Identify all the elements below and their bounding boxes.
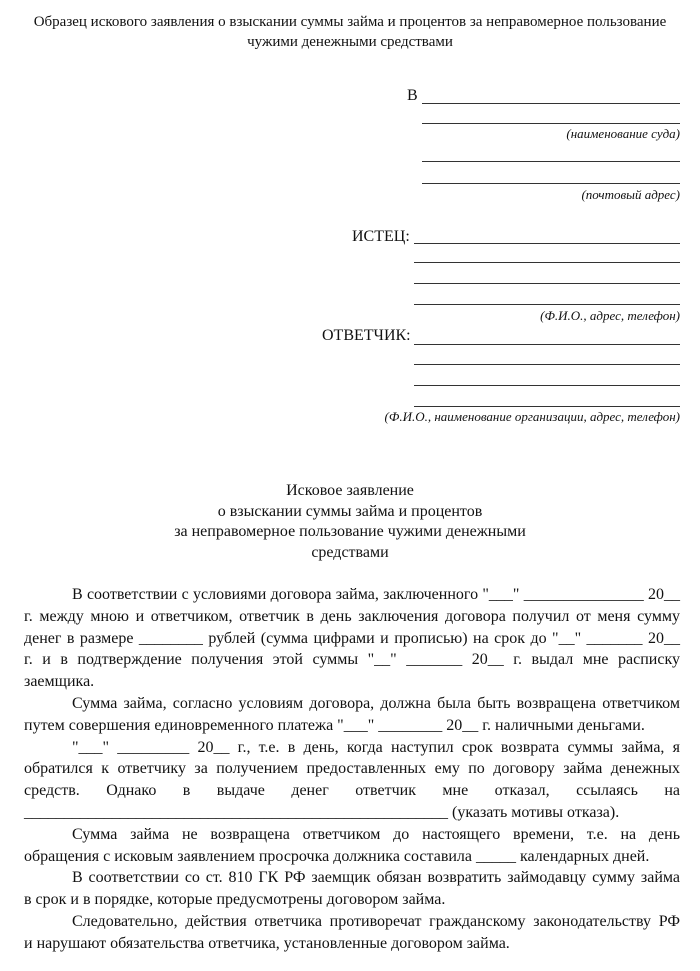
plaintiff-label: ИСТЕЦ: — [352, 228, 410, 246]
court-address-caption: (почтовый адрес) — [581, 187, 680, 203]
paragraph-conclusion: Следовательно, действия ответчика против… — [24, 911, 680, 955]
claim-heading-line: о взыскании суммы займа и процентов — [0, 502, 700, 523]
claim-heading: Исковое заявление о взыскании суммы займ… — [0, 481, 700, 563]
text-line: ________________________________________… — [0, 802, 680, 824]
claim-heading-line: средствами — [0, 543, 700, 564]
text-line: Сумма займа не возвращена ответчиком до … — [24, 824, 680, 846]
paragraph-overdue: Сумма займа не возвращена ответчиком до … — [24, 824, 680, 868]
claim-heading-line: Исковое заявление — [0, 481, 700, 502]
paragraph-article-810: В соответствии со ст. 810 ГК РФ заемщик … — [24, 867, 680, 911]
text-line: средств. Однако в выдаче денег ответчик … — [0, 780, 680, 802]
text-line: В соответствии со ст. 810 ГК РФ заемщик … — [24, 867, 680, 889]
plaintiff-line-3[interactable] — [414, 283, 680, 284]
plaintiff-line-4[interactable] — [414, 304, 680, 305]
text-line: Сумма займа, согласно условиям договора,… — [24, 693, 680, 715]
text-line: и нарушают обязательства ответчика, уста… — [0, 933, 680, 955]
claim-body: В соответствии с условиями договора займ… — [24, 584, 680, 955]
text-line: В соответствии с условиями договора займ… — [24, 584, 680, 606]
text-line: заемщика. — [0, 671, 680, 693]
plaintiff-line-2[interactable] — [414, 262, 680, 263]
defendant-line-2[interactable] — [414, 364, 680, 365]
text-line: г. между мною и ответчиком, ответчик в д… — [0, 606, 680, 628]
text-line: г. и в подтверждение получения этой сумм… — [0, 649, 680, 671]
text-line: "___" _________ 20__ г., т.е. в день, ко… — [24, 737, 680, 759]
court-prefix: В — [407, 87, 418, 105]
paragraph-refusal: "___" _________ 20__ г., т.е. в день, ко… — [24, 737, 680, 824]
claim-heading-line: за неправомерное пользование чужими дене… — [0, 522, 700, 543]
defendant-line-4[interactable] — [414, 406, 680, 407]
paragraph-repayment: Сумма займа, согласно условиям договора,… — [24, 693, 680, 737]
court-name-line-1[interactable] — [422, 103, 680, 104]
sample-title-line-1: Образец искового заявления о взыскании с… — [0, 12, 700, 32]
sample-title-line-2: чужими денежными средствами — [0, 32, 700, 52]
text-line: путем совершения единовременного платежа… — [0, 715, 680, 737]
court-name-caption: (наименование суда) — [566, 126, 680, 142]
court-address-line-2[interactable] — [422, 183, 680, 184]
court-name-line-2[interactable] — [422, 123, 680, 124]
text-line: в срок и в порядке, которые предусмотрен… — [0, 889, 680, 911]
text-line: Следовательно, действия ответчика против… — [24, 911, 680, 933]
court-address-line-1[interactable] — [422, 161, 680, 162]
paragraph-loan-terms: В соответствии с условиями договора займ… — [24, 584, 680, 693]
defendant-caption: (Ф.И.О., наименование организации, адрес… — [385, 409, 680, 425]
plaintiff-line-1[interactable] — [414, 243, 680, 244]
plaintiff-caption: (Ф.И.О., адрес, телефон) — [540, 308, 680, 324]
defendant-line-3[interactable] — [414, 385, 680, 386]
text-line: обращения с исковым заявлением просрочка… — [0, 846, 680, 868]
defendant-label: ОТВЕТЧИК: — [322, 327, 411, 345]
text-line: денег в размере ________ рублей (сумма ц… — [0, 628, 680, 650]
text-line: обратился к ответчику за получением пред… — [0, 758, 680, 780]
defendant-line-1[interactable] — [414, 344, 680, 345]
